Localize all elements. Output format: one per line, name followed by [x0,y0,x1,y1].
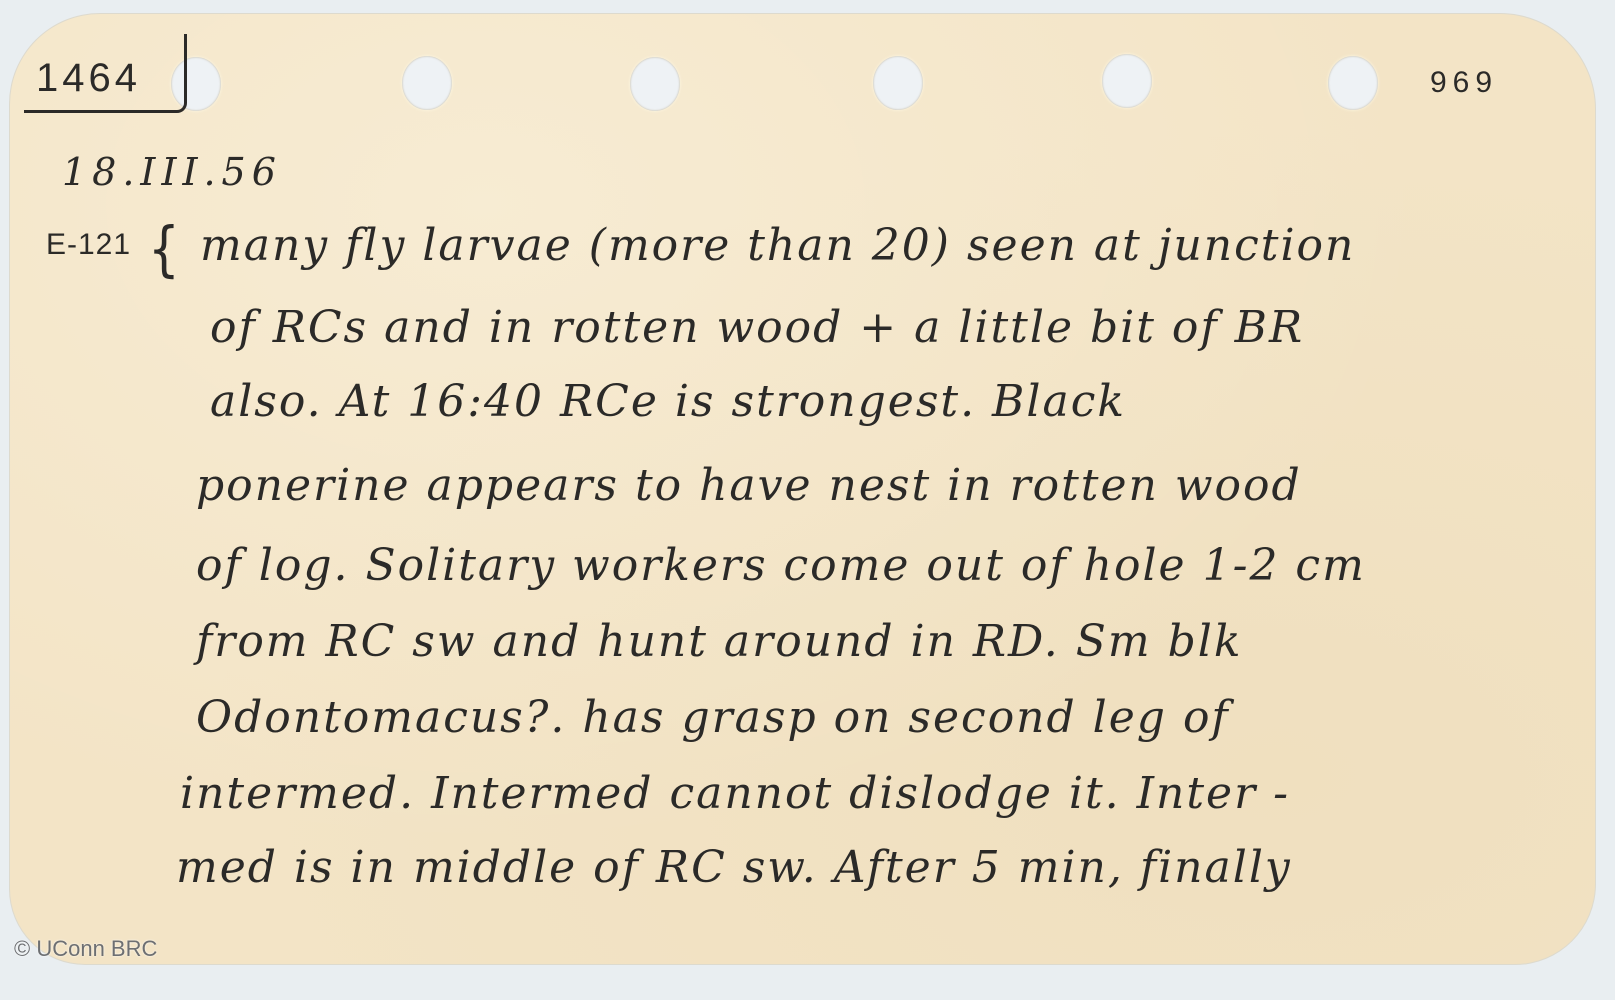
copyright-watermark: © UConn BRC [14,936,157,962]
scan-viewport: 1464 969 18.III.56 E-121 { many fly larv… [0,0,1615,1000]
punch-hole [630,57,680,111]
punch-hole [402,56,452,110]
note-line: Odontomacus?. has grasp on second leg of [196,692,1230,743]
entry-date: 18.III.56 [62,150,282,194]
note-line: intermed. Intermed cannot dislodge it. I… [180,768,1290,819]
note-line: many fly larvae (more than 20) seen at j… [200,220,1355,271]
note-line: also. At 16:40 RCe is strongest. Black [210,376,1126,427]
note-line: from RC sw and hunt around in RD. Sm blk [196,616,1242,667]
page-number: 969 [1430,66,1498,100]
card-number: 1464 [36,56,141,101]
punch-hole [873,56,923,110]
brace-mark: { [148,214,181,284]
specimen-label: E-121 [46,228,131,262]
punch-hole [1328,56,1378,110]
note-card: 1464 969 18.III.56 E-121 { many fly larv… [10,14,1595,964]
punch-hole [1102,54,1152,108]
note-line: ponerine appears to have nest in rotten … [196,460,1302,511]
note-line: of RCs and in rotten wood + a little bit… [210,302,1304,353]
note-line: med is in middle of RC sw. After 5 min, … [176,842,1292,893]
note-line: of log. Solitary workers come out of hol… [196,540,1366,591]
